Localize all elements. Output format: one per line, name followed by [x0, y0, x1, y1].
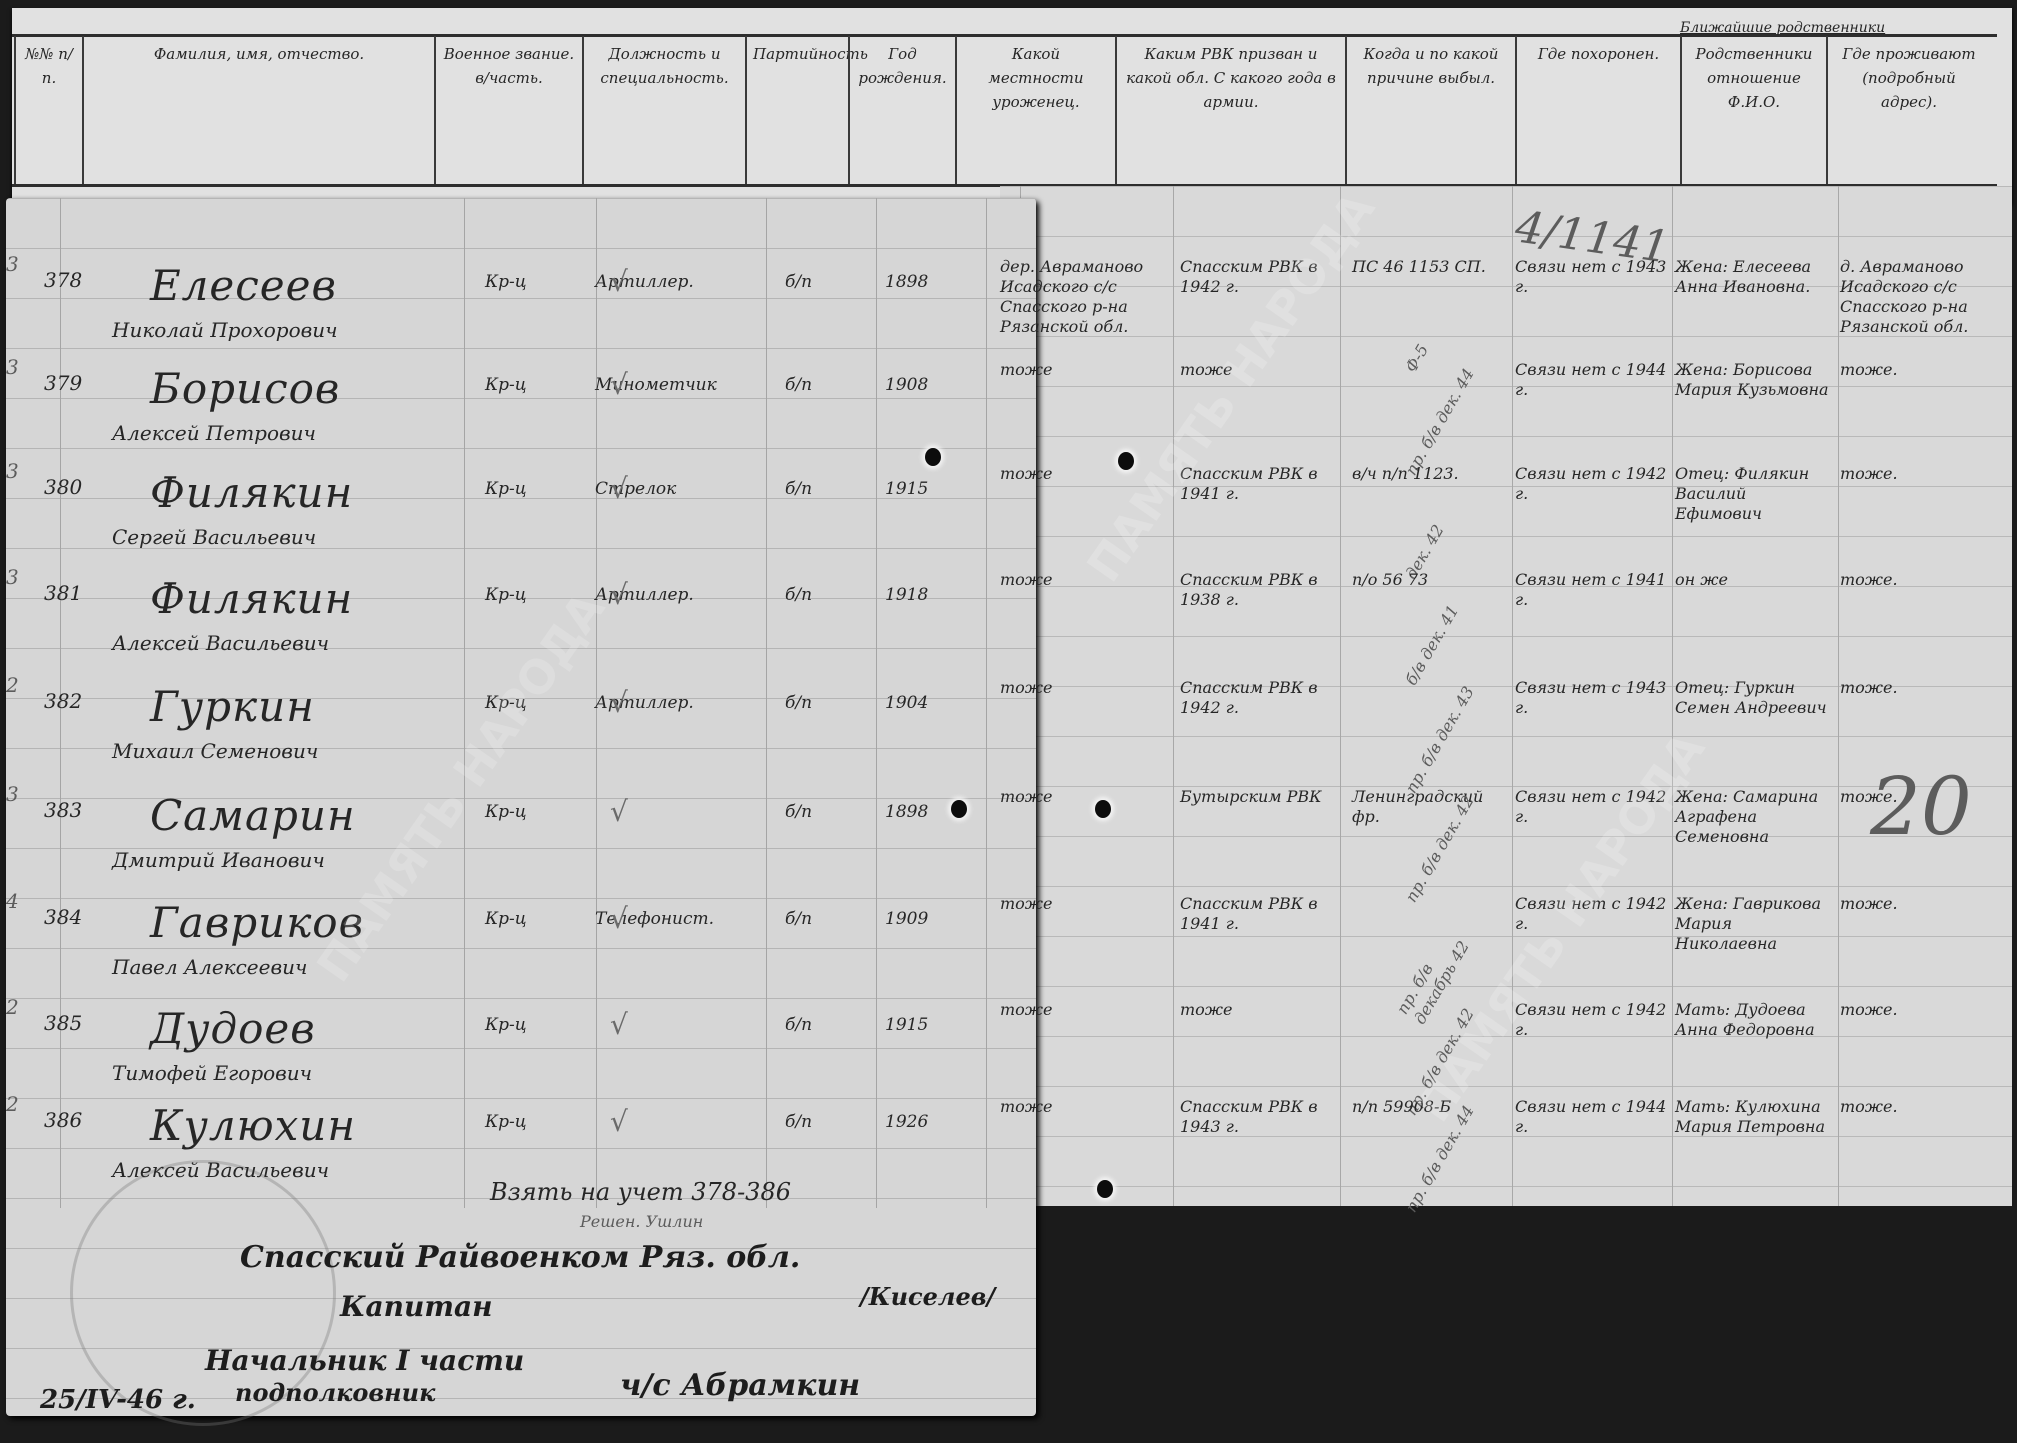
cell-num: 383: [44, 799, 82, 821]
cell-birthplace: тоже: [1000, 1097, 1170, 1117]
table-row: 3383СамаринДмитрий ИвановичКр-цб/п1898то…: [0, 795, 2017, 903]
cell-margin: 2: [6, 996, 19, 1018]
cell-margin: 2: [6, 674, 19, 696]
cell-kin-addr: тоже.: [1840, 360, 2010, 380]
cell-given: Михаил Семенович: [112, 740, 318, 762]
column-header-fio: Фамилия, имя, отчество.: [82, 36, 434, 184]
check-mark-icon: √: [610, 472, 628, 505]
cell-rank: Кр-ц: [485, 374, 527, 396]
cell-kin-rel: Жена: Елесеева Анна Ивановна.: [1675, 257, 1835, 297]
cell-rank: Кр-ц: [485, 908, 527, 930]
check-mark-icon: √: [610, 686, 628, 719]
cell-rank: Кр-ц: [485, 271, 527, 293]
column-header-rank: Военное звание. в/часть.: [434, 36, 582, 184]
cell-when: п/о 56 73: [1352, 570, 1512, 590]
pencil-margin-mark: 20: [1870, 760, 1972, 853]
table-row: 3380ФилякинСергей ВасильевичКр-цСтрелокб…: [0, 472, 2017, 580]
cell-party: б/п: [785, 801, 812, 823]
kin-group-label: Ближайшие родственники: [1680, 20, 1885, 36]
cell-num: 380: [44, 476, 82, 498]
cell-given: Дмитрий Иванович: [112, 849, 325, 871]
cell-buried: Связи нет с 1944 г.: [1515, 360, 1675, 400]
column-header-party: Партийность: [745, 36, 848, 184]
cell-given: Тимофей Егорович: [112, 1062, 312, 1084]
cell-num: 382: [44, 690, 82, 712]
cell-buried: Связи нет с 1943 г.: [1515, 678, 1675, 718]
cell-margin: 3: [6, 783, 19, 805]
cell-kin-addr: д. Авраманово Исадского с/с Спасского р-…: [1840, 257, 2010, 337]
cell-kin-rel: он же: [1675, 570, 1835, 590]
document-date: 25/IV-46 г.: [40, 1385, 196, 1415]
chief-signature: ч/с Абрамкин: [620, 1368, 860, 1403]
cell-num: 381: [44, 582, 82, 604]
cell-num: 379: [44, 372, 82, 394]
cell-given: Николай Прохорович: [112, 319, 338, 341]
cell-buried: Связи нет с 1943 г.: [1515, 257, 1675, 297]
chief-title: Начальник I части: [205, 1344, 524, 1377]
cell-margin: 3: [6, 460, 19, 482]
column-header-birthplace: Какой местности уроженец.: [955, 36, 1115, 184]
check-mark-icon: √: [610, 1008, 628, 1041]
column-header-year: Год рождения.: [848, 36, 955, 184]
cell-year: 1898: [885, 271, 928, 293]
column-header-when: Когда и по какой причине выбыл.: [1345, 36, 1515, 184]
cell-given: Алексей Петрович: [112, 422, 316, 444]
cell-party: б/п: [785, 1014, 812, 1036]
cell-kin-addr: тоже.: [1840, 894, 2010, 914]
cell-surname: Гуркин: [150, 696, 315, 718]
cell-year: 1904: [885, 692, 928, 714]
column-header-position: Должность и специальность.: [582, 36, 745, 184]
cell-margin: 3: [6, 566, 19, 588]
cell-kin-rel: Жена: Самарина Аграфена Семеновна: [1675, 787, 1835, 847]
cell-surname: Дудоев: [150, 1018, 316, 1040]
check-mark-icon: √: [610, 902, 628, 935]
cell-surname: Самарин: [150, 805, 356, 827]
cell-rvk: Бутырским РВК: [1180, 787, 1340, 807]
cell-party: б/п: [785, 908, 812, 930]
cell-surname: Борисов: [150, 378, 340, 400]
cell-margin: 3: [6, 253, 19, 275]
cell-kin-addr: тоже.: [1840, 1000, 2010, 1020]
cell-buried: Связи нет с 1942 г.: [1515, 1000, 1675, 1040]
cell-surname: Филякин: [150, 482, 353, 504]
cell-given: Сергей Васильевич: [112, 526, 316, 548]
cell-kin-rel: Отец: Гуркин Семен Андреевич: [1675, 678, 1835, 718]
cell-rank: Кр-ц: [485, 801, 527, 823]
column-header-num: №№ п/п.: [14, 36, 82, 184]
cell-num: 384: [44, 906, 82, 928]
table-row: 2382ГуркинМихаил СеменовичКр-цАртиллер.б…: [0, 686, 2017, 794]
cell-rank: Кр-ц: [485, 478, 527, 500]
cell-surname: Филякин: [150, 588, 353, 610]
cell-num: 378: [44, 269, 82, 291]
table-row: 3379БорисовАлексей ПетровичКр-цМинометчи…: [0, 368, 2017, 476]
cell-margin: 2: [6, 1093, 19, 1115]
cell-year: 1908: [885, 374, 928, 396]
table-row: 3381ФилякинАлексей ВасильевичКр-цАртилле…: [0, 578, 2017, 686]
cell-kin-rel: Мать: Кулюхина Мария Петровна: [1675, 1097, 1835, 1137]
cell-surname: Кулюхин: [150, 1115, 356, 1137]
cell-birthplace: тоже: [1000, 360, 1170, 380]
cell-rvk: Спасским РВК в 1938 г.: [1180, 570, 1340, 610]
check-mark-icon: √: [610, 578, 628, 611]
officer-signature: /Киселев/: [860, 1282, 995, 1311]
column-header-buried: Где похоронен.: [1515, 36, 1680, 184]
cell-surname: Елесеев: [150, 275, 337, 297]
cell-year: 1915: [885, 478, 928, 500]
cell-margin: 4: [6, 890, 19, 912]
military-office: Спасский Райвоенком Ряз. обл.: [240, 1240, 800, 1275]
cell-year: 1918: [885, 584, 928, 606]
cell-rvk: тоже: [1180, 1000, 1340, 1020]
check-mark-icon: √: [610, 368, 628, 401]
cell-given: Алексей Васильевич: [112, 1159, 329, 1181]
cell-given: Алексей Васильевич: [112, 632, 329, 654]
cell-rank: Кр-ц: [485, 584, 527, 606]
registration-note: Взять на учет 378-386: [490, 1178, 791, 1206]
cell-year: 1898: [885, 801, 928, 823]
chief-rank: подполковник: [235, 1378, 435, 1407]
cell-birthplace: тоже: [1000, 787, 1170, 807]
cell-buried: Связи нет с 1944 г.: [1515, 1097, 1675, 1137]
cell-when-note: дек. 42: [1401, 469, 1478, 583]
cell-buried: Связи нет с 1942 г.: [1515, 464, 1675, 504]
cell-birthplace: тоже: [1000, 894, 1170, 914]
table-row: 3378ЕлесеевНиколай ПрохоровичКр-цАртилле…: [0, 265, 2017, 373]
cell-given: Павел Алексеевич: [112, 956, 307, 978]
cell-when: в/ч п/п 1123.: [1352, 464, 1512, 484]
cell-birthplace: дер. Авраманово Исадского с/с Спасского …: [1000, 257, 1170, 337]
cell-kin-rel: Мать: Дудоева Анна Федоровна: [1675, 1000, 1835, 1040]
table-row: 2386КулюхинАлексей ВасильевичКр-цб/п1926…: [0, 1105, 2017, 1213]
cell-party: б/п: [785, 1111, 812, 1133]
cell-birthplace: тоже: [1000, 570, 1170, 590]
cell-party: б/п: [785, 271, 812, 293]
cell-year: 1926: [885, 1111, 928, 1133]
cell-birthplace: тоже: [1000, 678, 1170, 698]
cell-kin-addr: тоже.: [1840, 678, 2010, 698]
cell-party: б/п: [785, 374, 812, 396]
check-mark-icon: √: [610, 1105, 628, 1138]
cell-margin: 3: [6, 356, 19, 378]
cell-when-note: Ф-5: [1401, 262, 1478, 376]
cell-party: б/п: [785, 584, 812, 606]
cell-kin-addr: тоже.: [1840, 1097, 2010, 1117]
cell-rvk: Спасским РВК в 1943 г.: [1180, 1097, 1340, 1137]
cell-kin-rel: Отец: Филякин Василий Ефимович: [1675, 464, 1835, 524]
cell-kin-rel: Жена: Борисова Мария Кузьмовна: [1675, 360, 1835, 400]
check-mark-icon: √: [610, 795, 628, 828]
cell-rvk: Спасским РВК в 1942 г.: [1180, 678, 1340, 718]
cell-when: Ленинградский фр.: [1352, 787, 1512, 827]
cell-when-note: пр. б/в дек. 44: [1401, 365, 1478, 479]
cell-birthplace: тоже: [1000, 1000, 1170, 1020]
cell-when: ПС 46 1153 СП.: [1352, 257, 1512, 277]
cell-when-note: б/в дек. 41: [1401, 575, 1478, 689]
cell-year: 1915: [885, 1014, 928, 1036]
cell-rank: Кр-ц: [485, 1014, 527, 1036]
cell-party: б/п: [785, 692, 812, 714]
cell-party: б/п: [785, 478, 812, 500]
column-header-rvk: Каким РВК призван и какой обл. С какого …: [1115, 36, 1345, 184]
officer-rank: Капитан: [340, 1290, 493, 1323]
cell-when-note: пр. б/в дек. 43: [1401, 683, 1478, 797]
cell-year: 1909: [885, 908, 928, 930]
registration-note-2: Решен. Ушлин: [580, 1212, 703, 1231]
table-row: 4384ГавриковПавел АлексеевичКр-цТелефони…: [0, 902, 2017, 1010]
cell-kin-addr: тоже.: [1840, 570, 2010, 590]
check-mark-icon: √: [610, 265, 628, 298]
cell-rvk: Спасским РВК в 1941 г.: [1180, 894, 1340, 934]
column-header-kin_rel: Родственники отношение Ф.И.О.: [1680, 36, 1826, 184]
cell-rank: Кр-ц: [485, 1111, 527, 1133]
cell-num: 386: [44, 1109, 82, 1131]
column-header-kin_addr: Где проживают (подробный адрес).: [1826, 36, 1990, 184]
cell-kin-rel: Жена: Гаврикова Мария Николаевна: [1675, 894, 1835, 954]
cell-kin-addr: тоже.: [1840, 464, 2010, 484]
cell-buried: Связи нет с 1941 г.: [1515, 570, 1675, 610]
cell-num: 385: [44, 1012, 82, 1034]
